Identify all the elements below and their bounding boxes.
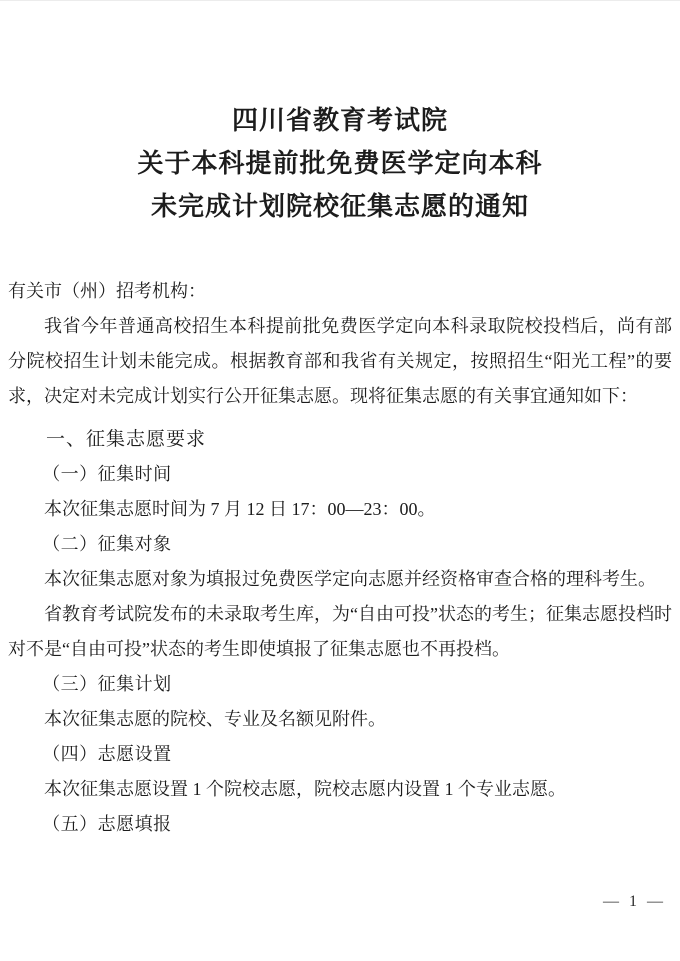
subsection-title-5: （五）志愿填报 [8,807,672,842]
intro-paragraph: 我省今年普通高校招生本科提前批免费医学定向本科录取院校投档后，尚有部分院校招生计… [8,309,672,414]
document-page: 四川省教育考试院 关于本科提前批免费医学定向本科 未完成计划院校征集志愿的通知 … [0,0,680,961]
subsection-1-paragraph-1: 本次征集志愿时间为 7 月 12 日 17：00—23：00。 [8,492,672,527]
subsection-2-paragraph-2: 省教育考试院发布的未录取考生库，为“自由可投”状态的考生；征集志愿投档时对不是“… [8,597,672,667]
subsection-4-paragraph-1: 本次征集志愿设置 1 个院校志愿，院校志愿内设置 1 个专业志愿。 [8,772,672,807]
page-number: — 1 — [603,893,666,911]
notice-body: 有关市（州）招考机构： 我省今年普通高校招生本科提前批免费医学定向本科录取院校投… [0,274,680,842]
salutation: 有关市（州）招考机构： [8,274,672,309]
subsection-title-2: （二）征集对象 [8,527,672,562]
subsection-2-paragraph-1: 本次征集志愿对象为填报过免费医学定向志愿并经资格审查合格的理科考生。 [8,562,672,597]
subsection-title-3: （三）征集计划 [8,667,672,702]
section-heading-1: 一、征集志愿要求 [8,422,672,457]
subsection-3-paragraph-1: 本次征集志愿的院校、专业及名额见附件。 [8,702,672,737]
notice-title-line-1: 四川省教育考试院 [0,99,680,142]
notice-title-line-3: 未完成计划院校征集志愿的通知 [0,185,680,228]
subsection-title-1: （一）征集时间 [8,457,672,492]
subsection-title-4: （四）志愿设置 [8,737,672,772]
notice-title-line-2: 关于本科提前批免费医学定向本科 [0,142,680,185]
notice-title: 四川省教育考试院 关于本科提前批免费医学定向本科 未完成计划院校征集志愿的通知 [0,1,680,228]
